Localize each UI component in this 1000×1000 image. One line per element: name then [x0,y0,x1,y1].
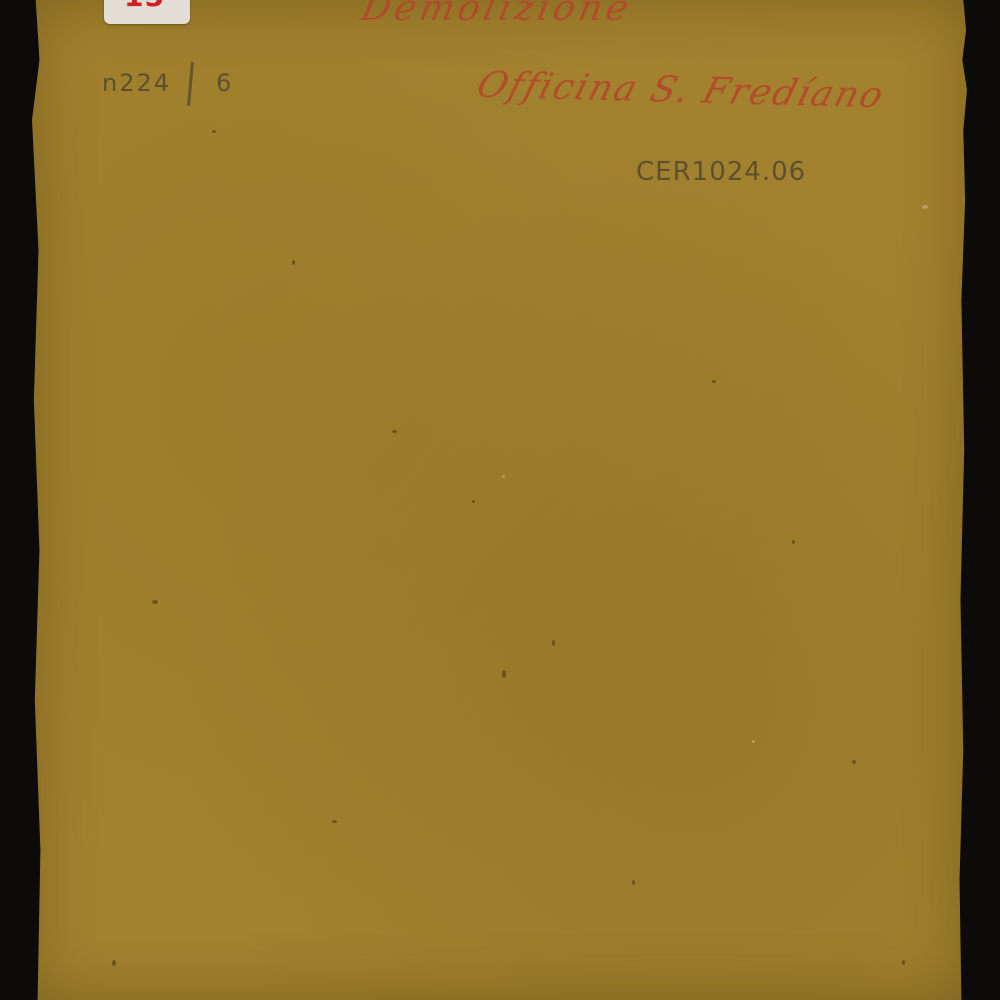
paper-fleck [292,260,295,265]
paper-fleck [902,960,905,965]
paper-fleck [922,205,928,209]
shelfmark-right: 6 [216,69,233,97]
paper-fleck [332,820,337,823]
pencil-shelfmark: n2246 [102,62,233,106]
folder-cover [32,0,967,1000]
paper-fleck [552,640,555,646]
paper-fleck [752,740,755,743]
handwritten-title-line-1: Demolizione [358,0,636,29]
paper-fleck [502,475,505,478]
paper-fleck [632,880,635,885]
archive-number: 15 [124,0,165,13]
paper-fleck [502,670,506,678]
shelfmark-left: n224 [102,69,171,97]
paper-fleck [852,760,856,764]
paper-fleck [472,500,475,503]
catalog-code: CER1024.06 [636,157,806,187]
paper-fleck [212,130,216,133]
shelfmark-separator [187,62,194,106]
archive-number-label: 15 [104,0,190,24]
paper-fleck [792,540,795,544]
paper-fleck [112,960,116,966]
scan-background: 15 Demolizione Officina S. Fredíano n224… [0,0,1000,1000]
paper-fleck [392,430,397,433]
paper-fleck [152,600,158,604]
paper-fleck [712,380,716,383]
